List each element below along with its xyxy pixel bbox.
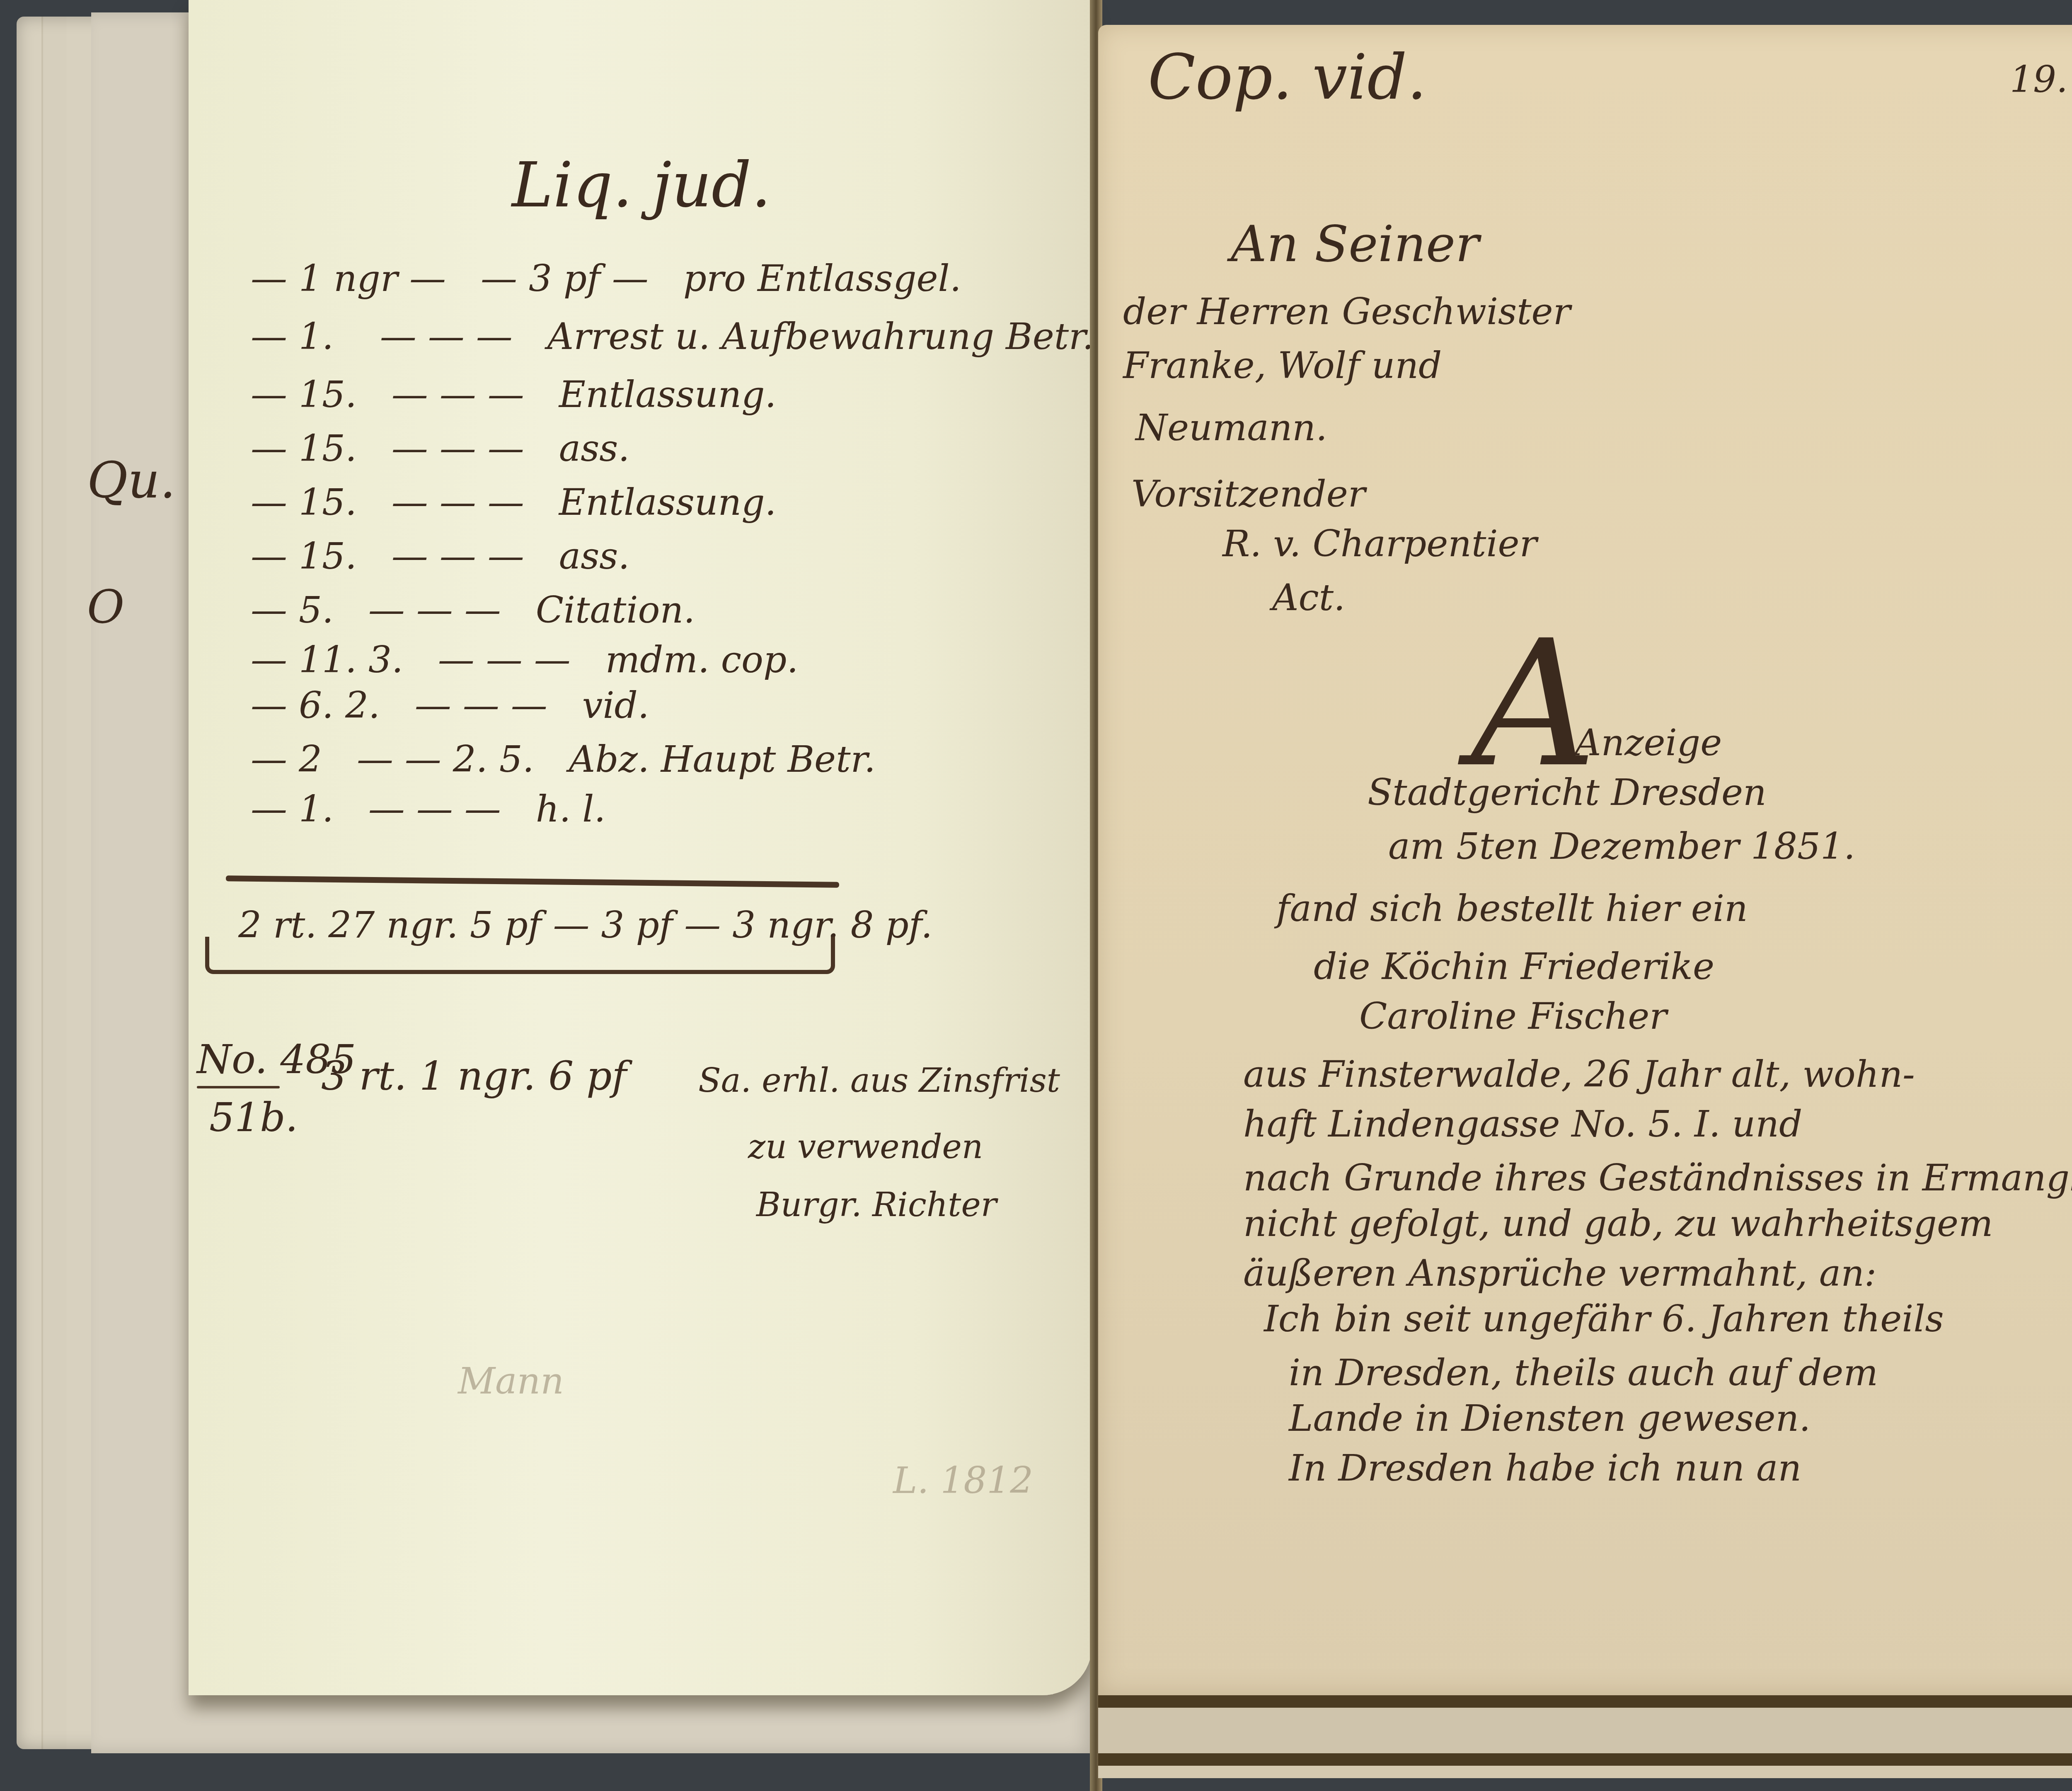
receipt-text-2: zu verwenden: [748, 1127, 983, 1166]
receipt-text-1: Sa. erhl. aus Zinsfrist: [698, 1061, 1060, 1100]
margin-note-2: O: [87, 580, 124, 633]
margin-note-1: Qu.: [87, 452, 176, 509]
open-book: Qu. O Liq. jud. — 1 ngr — — 3 pf — pro E…: [0, 0, 2072, 1791]
ledger-row: — 15. — — — Entlassung.: [251, 481, 777, 523]
ledger-row: — 11. 3. — — — mdm. cop.: [251, 638, 798, 681]
inserted-bill-sheet: Liq. jud. — 1 ngr — — 3 pf — pro Entlass…: [189, 0, 1092, 1695]
brace-mark: [205, 937, 835, 974]
decorative-initial: A: [1471, 618, 1597, 792]
ledger-row: — 15. — — — ass.: [251, 535, 629, 577]
right-page: Cop. vid. 19. An Seiner der Herren Gesch…: [1098, 25, 2072, 1695]
ledger-row: — 2 — — 2. 5. Abz. Haupt Betr.: [251, 738, 876, 780]
section-heading: Anzeige: [1575, 721, 1722, 764]
ledger-row: — 5. — — — Citation.: [251, 589, 695, 631]
bottom-page-edges: [1098, 1695, 2072, 1778]
faint-mark-2: L. 1812: [893, 1459, 1033, 1502]
receipt-signature: Burgr. Richter: [756, 1185, 997, 1224]
ledger-row: — 6. 2. — — — vid.: [251, 684, 649, 727]
ledger-row: — 1. — — — Arrest u. Aufbewahrung Betr.: [251, 315, 1094, 358]
header-note: Cop. vid.: [1148, 41, 1427, 114]
fraction-line: [197, 1086, 280, 1088]
ledger-row: — 15. — — — ass.: [251, 427, 629, 470]
ledger-row: — 1 ngr — — 3 pf — pro Entlassgel.: [251, 257, 961, 300]
ledger-row: — 15. — — — Entlassung.: [251, 373, 777, 416]
page-number: 19.: [2010, 58, 2068, 101]
receipt-amount: 3 rt. 1 ngr. 6 pf: [321, 1053, 627, 1099]
ledger-row: — 1. — — — h. l.: [251, 788, 605, 830]
faint-mark-1: Mann: [458, 1360, 564, 1402]
sum-rule: [226, 875, 839, 887]
bill-title: Liq. jud.: [512, 149, 771, 221]
